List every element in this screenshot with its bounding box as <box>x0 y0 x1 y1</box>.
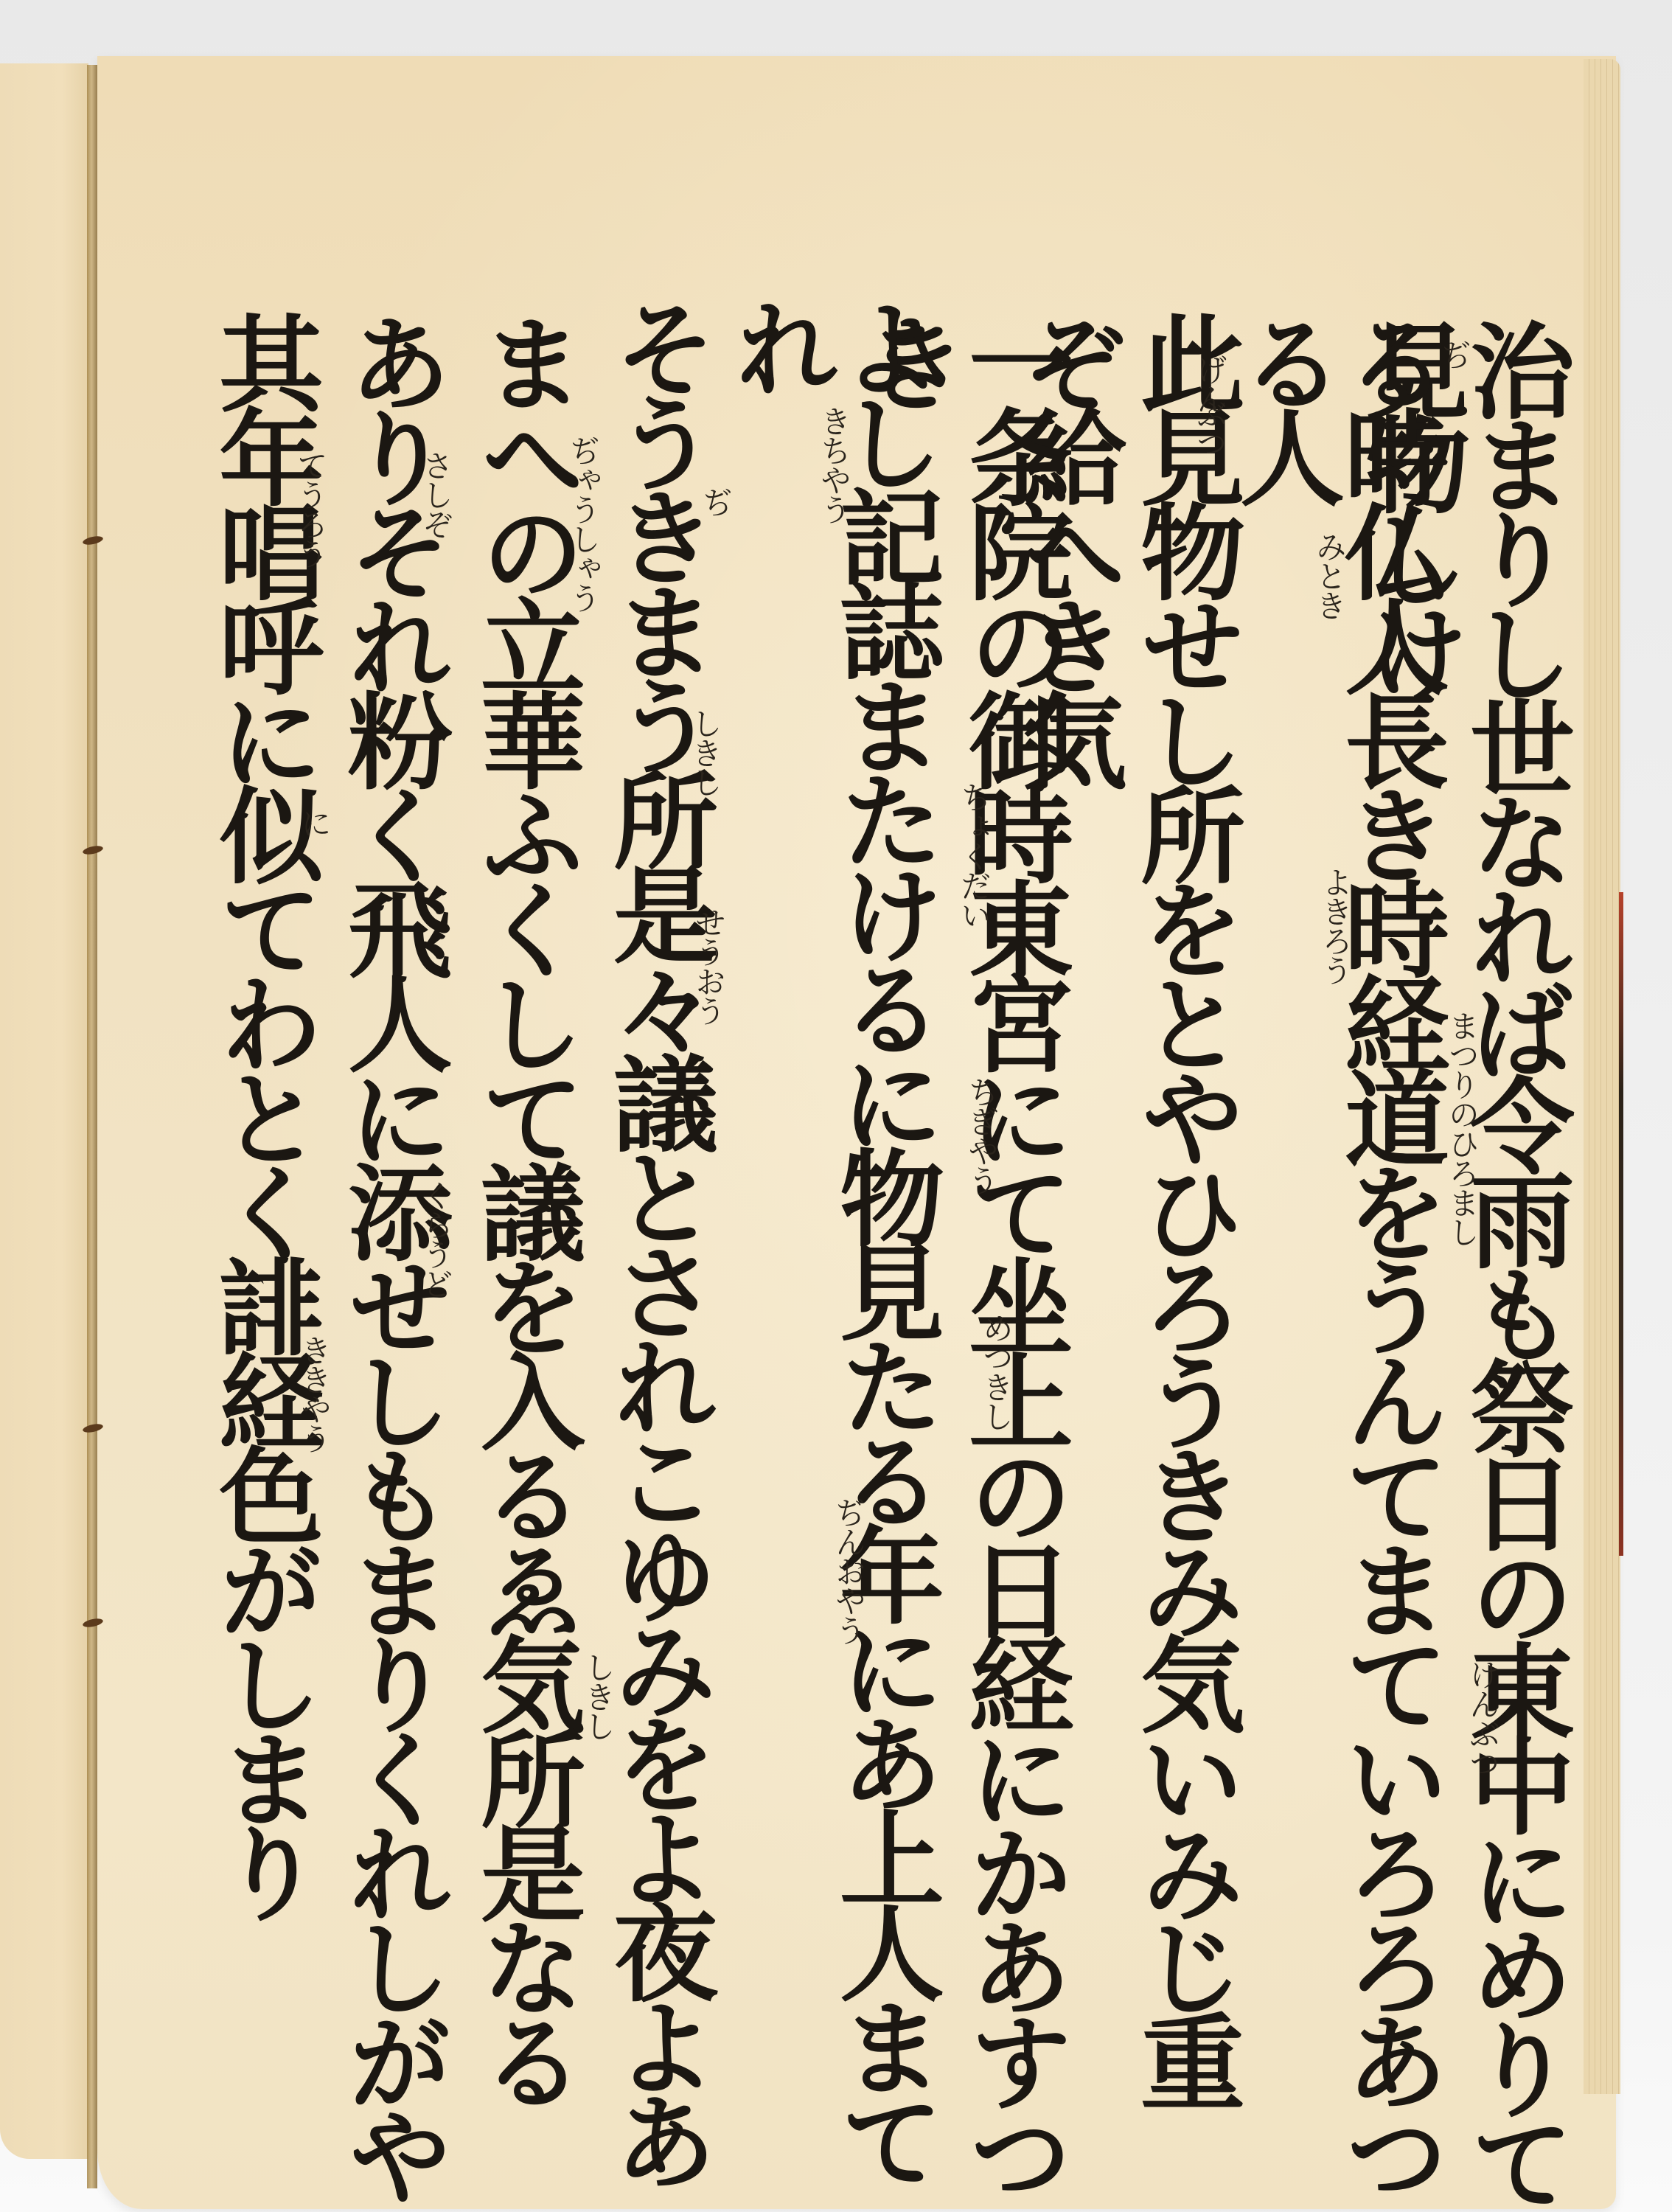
text-column-8: まへの立華ふくして議を入るゑ気所是なる <box>472 310 577 2103</box>
furigana: ぢゃうしゃう <box>568 435 599 612</box>
furigana: しきし <box>582 1652 613 1740</box>
left-page <box>0 63 88 2159</box>
text-column-7: そうきまう所是々議とされこゆみをよ夜よあ <box>605 295 709 2183</box>
furigana: しきし <box>689 708 720 796</box>
furigana: ぶつ <box>1194 398 1225 457</box>
book-gutter <box>87 65 97 2188</box>
furigana: せうおう <box>693 907 724 1025</box>
text-column-6: よし記誌またけるに物見たる年にあ上人まてれ <box>726 295 936 2212</box>
furigana: よきろう <box>1320 866 1351 984</box>
furigana: ききやう <box>299 1335 330 1453</box>
open-book-spread: 治まりし世なれば令雨も祭日の東中にめりて見物しけ ぢ まつりのひろまし けんぶつ… <box>0 0 1672 2212</box>
furigana: てうろう <box>295 450 326 568</box>
furigana: ぢんおやう <box>833 1497 864 1644</box>
furigana: に <box>299 807 330 837</box>
furigana: さしぞ <box>420 450 451 538</box>
furigana: ちょくだい <box>958 782 989 929</box>
furigana: めつきし <box>980 1312 1011 1430</box>
furigana: まつりのひろまし <box>1446 1010 1477 1246</box>
furigana: けんぶつ <box>1467 1659 1498 1777</box>
page-edge-stack <box>1584 59 1620 2094</box>
furigana: くらうど <box>420 1180 451 1298</box>
furigana: みとき <box>1314 531 1345 619</box>
furigana: ちぎやう <box>966 1077 997 1194</box>
furigana: ぢ <box>700 487 731 516</box>
cover-edge <box>1619 892 1623 1556</box>
text-column-3: 此見物せし所をとやひろうきみ気いみじ重 <box>1132 310 1236 2103</box>
furigana: きちやう <box>818 406 849 524</box>
